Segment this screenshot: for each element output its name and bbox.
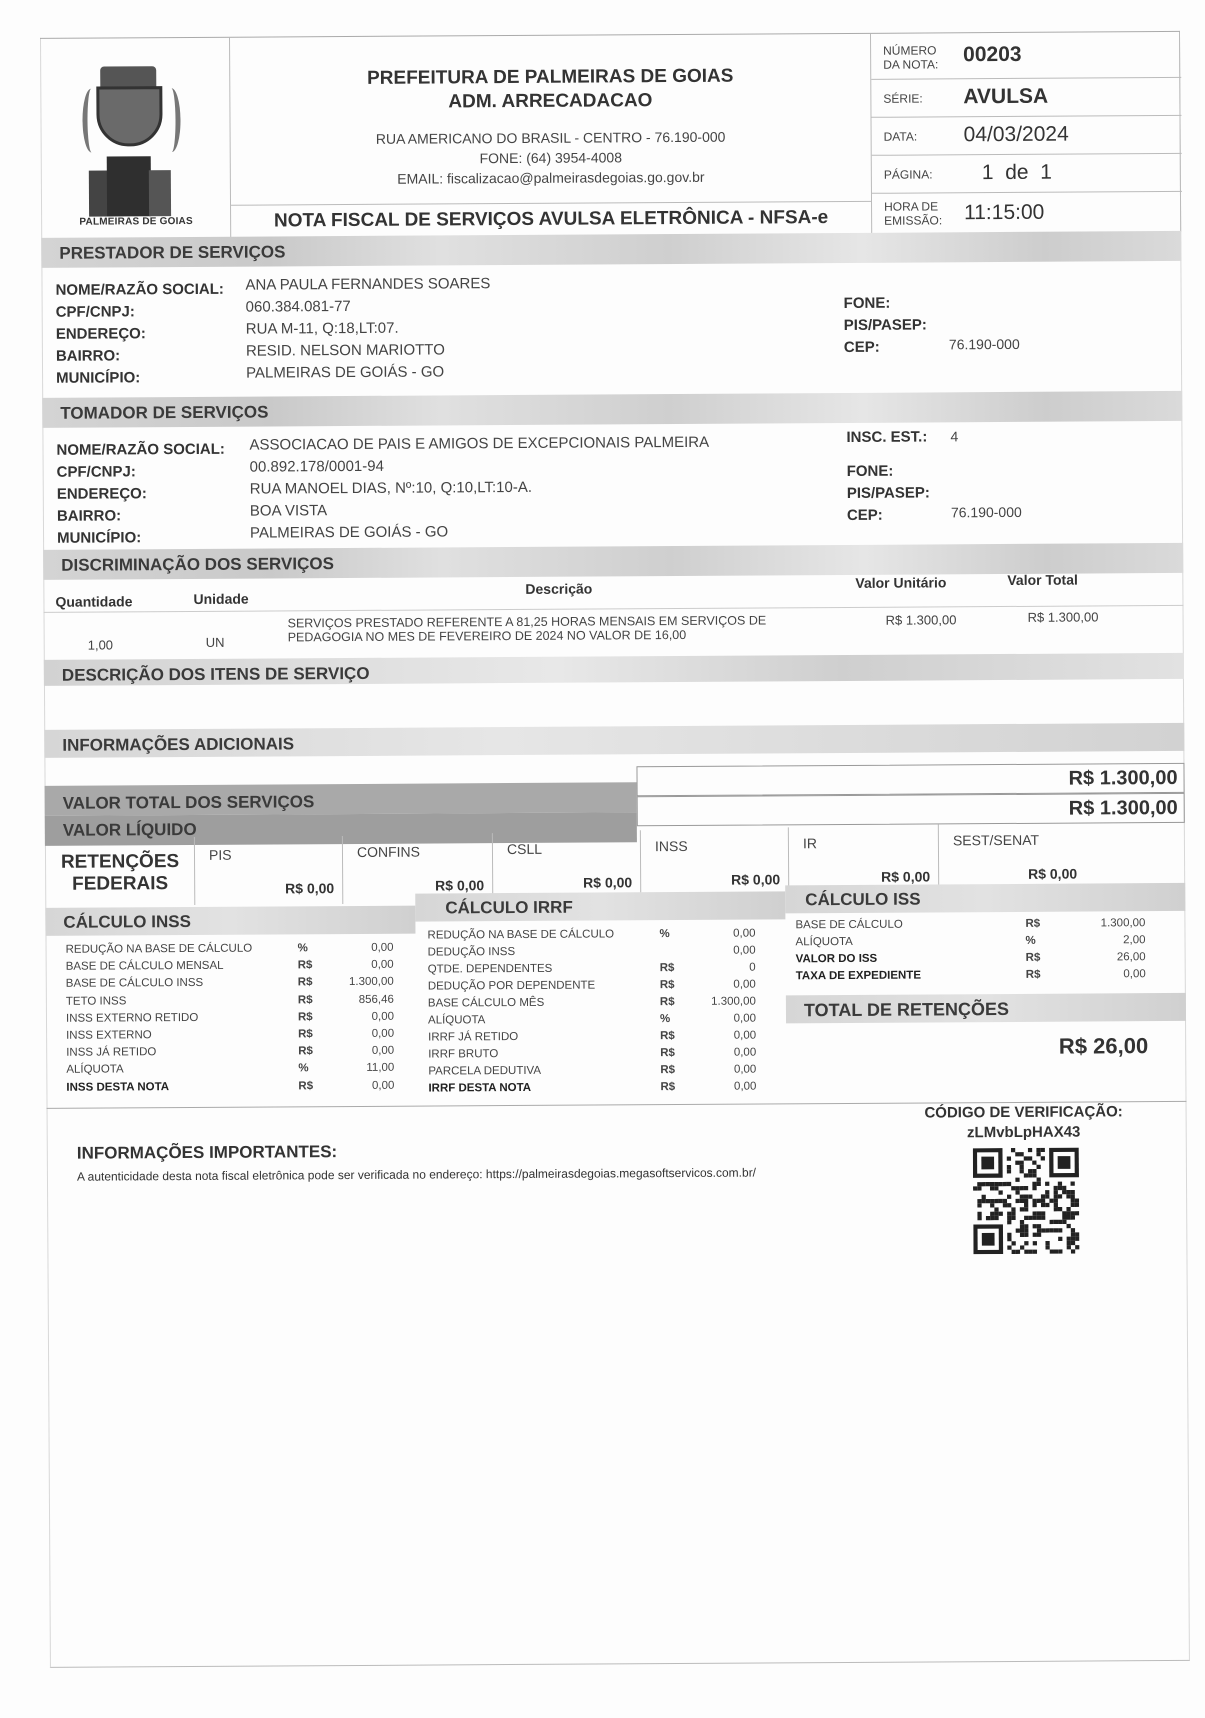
prestador-cpf: 060.384.081-77 xyxy=(246,298,351,316)
calc-row: ALÍQUOTA%0,00 xyxy=(428,1012,768,1031)
calc-row: REDUÇÃO NA BASE DE CÁLCULO%0,00 xyxy=(427,927,767,946)
calc-row: DEDUÇÃO POR DEPENDENTER$0,00 xyxy=(428,978,768,997)
total-retencoes-value: R$ 26,00 xyxy=(928,1033,1148,1060)
prestador-nome-label: NOME/RAZÃO SOCIAL: xyxy=(55,281,223,299)
valor-liquido-amount: R$ 1.300,00 xyxy=(637,793,1185,826)
tomador-cep-label: CEP: xyxy=(847,507,883,524)
invoice-number: 00203 xyxy=(963,43,1022,67)
tomador-pis-label: PIS/PASEP: xyxy=(847,484,930,502)
calc-label: REDUÇÃO NA BASE DE CÁLCULO xyxy=(66,943,253,956)
prestador-endereco: RUA M-11, Q:18,LT:07. xyxy=(246,320,399,338)
calc-value: 0,00 xyxy=(733,945,755,957)
service-valor-unitario: R$ 1.300,00 xyxy=(886,612,957,627)
tomador-insc-label: INSC. EST.: xyxy=(846,428,927,445)
organization-block: PREFEITURA DE PALMEIRAS DE GOIAS ADM. AR… xyxy=(230,34,871,206)
retencao-name: CSLL xyxy=(507,841,542,857)
retencao-value: R$ 0,00 xyxy=(285,880,334,896)
calc-row: INSS JÁ RETIDOR$0,00 xyxy=(66,1045,406,1064)
calc-unit: R$ xyxy=(660,996,675,1008)
tomador-insc: 4 xyxy=(950,428,958,444)
calc-label: IRRF DESTA NOTA xyxy=(428,1082,531,1095)
prestador-cpf-label: CPF/CNPJ: xyxy=(56,303,135,320)
calc-value: 0,00 xyxy=(733,979,755,991)
col-valor-unitario: Valor Unitário xyxy=(855,574,946,591)
tomador-cpf: 00.892.178/0001-94 xyxy=(250,458,384,476)
invoice-page: PALMEIRAS DE GOIAS PREFEITURA DE PALMEIR… xyxy=(22,31,1192,1673)
hora-label: HORA DEEMISSÃO: xyxy=(884,199,942,227)
org-department: ADM. ARRECADACAO xyxy=(230,88,870,116)
retencao-value: R$ 0,00 xyxy=(881,868,930,884)
calc-label: VALOR DO ISS xyxy=(796,953,878,965)
calc-row: BASE DE CÁLCULO INSSR$1.300,00 xyxy=(66,976,406,995)
organization-contact: RUA AMERICANO DO BRASIL - CENTRO - 76.19… xyxy=(231,126,871,190)
calc-unit: % xyxy=(298,942,308,954)
calc-value: 856,46 xyxy=(359,993,394,1005)
calc-unit: R$ xyxy=(660,962,675,974)
valor-total-amount: R$ 1.300,00 xyxy=(636,763,1184,796)
calc-row: ALÍQUOTA%11,00 xyxy=(66,1062,406,1081)
calc-unit: R$ xyxy=(298,1011,313,1023)
prestador-municipio: PALMEIRAS DE GOIÁS - GO xyxy=(246,363,444,381)
tomador-fone-label: FONE: xyxy=(847,463,894,480)
calc-unit: % xyxy=(659,928,669,940)
prestador-bairro: RESID. NELSON MARIOTTO xyxy=(246,341,445,359)
calc-label: ALÍQUOTA xyxy=(428,1014,485,1026)
calc-row: PARCELA DEDUTIVAR$0,00 xyxy=(428,1063,768,1082)
calc-value: 0,00 xyxy=(734,1047,756,1059)
calc-unit: R$ xyxy=(1026,969,1041,981)
retencoes-title: RETENÇÕESFEDERAIS xyxy=(45,837,195,906)
retencao-pis: PISR$ 0,00 xyxy=(195,836,343,905)
city-crest-icon xyxy=(82,66,189,217)
calc-value: 0,00 xyxy=(734,1013,756,1025)
calc-label: INSS DESTA NOTA xyxy=(66,1081,169,1094)
calc-label: INSS JÁ RETIDO xyxy=(66,1046,156,1059)
meta-serie: SÉRIE: AVULSA xyxy=(871,78,1181,118)
calc-unit: R$ xyxy=(660,979,675,991)
calc-label: DEDUÇÃO POR DEPENDENTE xyxy=(428,980,595,993)
calc-value: 1.300,00 xyxy=(711,996,756,1008)
calc-label: BASE DE CÁLCULO MENSAL xyxy=(66,960,224,973)
calc-unit: % xyxy=(1025,935,1035,947)
calc-value: 2,00 xyxy=(1123,934,1145,946)
issue-date: 04/03/2024 xyxy=(964,123,1069,148)
prestador-cep: 76.190-000 xyxy=(949,336,1020,352)
calc-value: 1.300,00 xyxy=(1101,917,1146,929)
calc-unit: R$ xyxy=(298,1028,313,1040)
calc-value: 0,00 xyxy=(372,1045,394,1057)
calculo-irrf-title: CÁLCULO IRRF xyxy=(415,891,785,921)
retencao-value: R$ 0,00 xyxy=(583,874,632,890)
service-unidade: UN xyxy=(206,635,225,650)
tomador-bairro: BOA VISTA xyxy=(250,502,327,519)
calc-unit: R$ xyxy=(298,977,313,989)
calc-label: BASE CÁLCULO MÊS xyxy=(428,997,544,1010)
calc-row: INSS EXTERNO RETIDOR$0,00 xyxy=(66,1010,406,1029)
data-label: DATA: xyxy=(884,130,918,144)
calc-value: 0,00 xyxy=(734,1081,756,1093)
serie-label: SÉRIE: xyxy=(883,91,922,105)
calc-label: QTDE. DEPENDENTES xyxy=(428,963,553,976)
tomador-endereco-label: ENDEREÇO: xyxy=(57,485,147,503)
calc-row: ALÍQUOTA%2,00 xyxy=(796,934,1146,953)
calc-value: 0,00 xyxy=(734,1030,756,1042)
calc-value: 0,00 xyxy=(734,1064,756,1076)
calc-value: 0 xyxy=(749,962,755,974)
calc-label: DEDUÇÃO INSS xyxy=(428,946,516,959)
calc-row: IRRF DESTA NOTAR$0,00 xyxy=(428,1080,768,1099)
calc-row: TAXA DE EXPEDIENTER$0,00 xyxy=(796,968,1146,987)
prestador-bairro-label: BAIRRO: xyxy=(56,347,120,364)
calc-unit: R$ xyxy=(660,1047,675,1059)
calc-label: BASE DE CÁLCULO xyxy=(795,919,902,932)
calc-unit: R$ xyxy=(298,1045,313,1057)
tomador-endereco: RUA MANOEL DIAS, Nº:10, Q:10,LT:10-A. xyxy=(250,479,532,498)
retencao-ir: IRR$ 0,00 xyxy=(789,824,939,893)
calc-label: ALÍQUOTA xyxy=(796,936,853,948)
retencao-confins: CONFINSR$ 0,00 xyxy=(343,833,493,902)
retencao-inss: INSSR$ 0,00 xyxy=(641,827,789,896)
calc-value: 26,00 xyxy=(1117,951,1146,963)
calc-unit: R$ xyxy=(298,959,313,971)
calc-value: 0,00 xyxy=(733,928,755,940)
retencao-value: R$ 0,00 xyxy=(1028,866,1077,882)
prestador-fone-label: FONE: xyxy=(844,295,891,312)
calc-unit: R$ xyxy=(298,1080,313,1092)
col-quantidade: Quantidade xyxy=(55,593,132,609)
calc-unit: R$ xyxy=(1025,918,1040,930)
calc-label: ALÍQUOTA xyxy=(66,1064,123,1076)
prestador-municipio-label: MUNICÍPIO: xyxy=(56,369,140,387)
calc-row: BASE CÁLCULO MÊSR$1.300,00 xyxy=(428,995,768,1014)
calc-label: TETO INSS xyxy=(66,995,127,1007)
retencao-name: IR xyxy=(803,835,817,851)
calc-label: INSS EXTERNO RETIDO xyxy=(66,1012,198,1025)
calc-unit: R$ xyxy=(660,1030,675,1042)
calc-value: 0,00 xyxy=(372,1011,394,1023)
calc-value: 0,00 xyxy=(372,1028,394,1040)
calc-value: 0,00 xyxy=(1123,968,1145,980)
tomador-bairro-label: BAIRRO: xyxy=(57,507,121,524)
calc-unit: R$ xyxy=(1026,952,1041,964)
page-number: 1 de 1 xyxy=(982,161,1052,185)
organization-title: PREFEITURA DE PALMEIRAS DE GOIAS ADM. AR… xyxy=(230,64,870,116)
calc-unit: R$ xyxy=(660,1064,675,1076)
org-email: EMAIL: fiscalizacao@palmeirasdegoias.go.… xyxy=(231,166,871,190)
issue-time: 11:15:00 xyxy=(964,201,1044,225)
col-unidade: Unidade xyxy=(193,591,248,607)
calc-value: 1.300,00 xyxy=(349,976,394,988)
calc-value: 0,00 xyxy=(372,1079,394,1091)
calc-unit: R$ xyxy=(298,994,313,1006)
tomador-nome: ASSOCIACAO DE PAIS E AMIGOS DE EXCEPCION… xyxy=(249,434,709,454)
calc-row: TETO INSSR$856,46 xyxy=(66,993,406,1012)
service-descricao-2: PEDAGOGIA NO MES DE FEVEREIRO DE 2024 NO… xyxy=(288,628,687,644)
calc-row: BASE DE CÁLCULOR$1.300,00 xyxy=(795,917,1145,936)
calc-label: IRRF BRUTO xyxy=(428,1048,498,1060)
verificacao-code: zLMvbLpHAX43 xyxy=(909,1123,1139,1141)
meta-pagina: PÁGINA: 1 de 1 xyxy=(872,154,1182,194)
col-valor-total: Valor Total xyxy=(1007,572,1078,588)
logo-cell: PALMEIRAS DE GOIAS xyxy=(40,38,231,239)
meta-data: DATA: 04/03/2024 xyxy=(872,116,1182,156)
calc-label: REDUÇÃO NA BASE DE CÁLCULO xyxy=(427,928,614,941)
document-title: NOTA FISCAL DE SERVIÇOS AVULSA ELETRÔNIC… xyxy=(231,202,871,238)
calc-row: INSS DESTA NOTAR$0,00 xyxy=(66,1079,406,1098)
retencao-name: PIS xyxy=(209,847,232,863)
calc-value: 0,00 xyxy=(371,959,393,971)
calc-unit: % xyxy=(298,1063,308,1075)
verificacao-label: CÓDIGO DE VERIFICAÇÃO: xyxy=(909,1103,1139,1121)
calc-row: BASE DE CÁLCULO MENSALR$0,00 xyxy=(66,959,406,978)
calc-label: BASE DE CÁLCULO INSS xyxy=(66,977,203,990)
valor-total-label: VALOR TOTAL DOS SERVIÇOS xyxy=(45,782,637,816)
logo-text: PALMEIRAS DE GOIAS xyxy=(41,216,231,228)
qr-code-icon[interactable] xyxy=(973,1148,1080,1255)
tomador-cpf-label: CPF/CNPJ: xyxy=(57,463,136,480)
calc-row: VALOR DO ISSR$26,00 xyxy=(796,951,1146,970)
calc-label: INSS EXTERNO xyxy=(66,1029,152,1042)
col-descricao: Descrição xyxy=(525,581,592,597)
numero-label: NÚMERODA NOTA: xyxy=(883,43,938,71)
calc-unit: R$ xyxy=(660,1081,675,1093)
calculo-inss-title: CÁLCULO INSS xyxy=(45,906,415,936)
prestador-pis-label: PIS/PASEP: xyxy=(844,316,927,334)
calc-value: 11,00 xyxy=(366,1062,394,1074)
tomador-nome-label: NOME/RAZÃO SOCIAL: xyxy=(56,441,224,459)
service-valor-total: R$ 1.300,00 xyxy=(1028,609,1099,624)
tomador-municipio: PALMEIRAS DE GOIÁS - GO xyxy=(250,523,448,541)
tomador-municipio-label: MUNICÍPIO: xyxy=(57,529,141,547)
service-quantidade: 1,00 xyxy=(88,637,113,652)
calc-label: IRRF JÁ RETIDO xyxy=(428,1031,518,1044)
retencao-sest-senat: SEST/SENATR$ 0,00 xyxy=(939,822,1085,891)
calc-label: TAXA DE EXPEDIENTE xyxy=(796,970,921,983)
meta-numero: NÚMERODA NOTA: 00203 xyxy=(871,32,1181,80)
calc-row: QTDE. DEPENDENTESR$0 xyxy=(428,961,768,980)
retencao-name: INSS xyxy=(655,838,688,854)
retencao-name: SEST/SENAT xyxy=(953,832,1039,849)
invoice-meta: NÚMERODA NOTA: 00203 SÉRIE: AVULSA DATA:… xyxy=(870,32,1181,234)
calc-label: PARCELA DEDUTIVA xyxy=(428,1065,541,1078)
retencao-csll: CSLLR$ 0,00 xyxy=(493,830,641,899)
calc-row: INSS EXTERNOR$0,00 xyxy=(66,1028,406,1047)
calc-value: 0,00 xyxy=(371,942,393,954)
total-retencoes-title: TOTAL DE RETENÇÕES xyxy=(786,993,1186,1023)
calc-row: IRRF BRUTOR$0,00 xyxy=(428,1046,768,1065)
calc-row: REDUÇÃO NA BASE DE CÁLCULO%0,00 xyxy=(66,942,406,961)
pagina-label: PÁGINA: xyxy=(884,167,933,181)
retencao-value: R$ 0,00 xyxy=(731,871,780,887)
service-descricao-1: SERVIÇOS PRESTADO REFERENTE A 81,25 HORA… xyxy=(288,613,767,630)
calc-row: IRRF JÁ RETIDOR$0,00 xyxy=(428,1029,768,1048)
importantes-title: INFORMAÇÕES IMPORTANTES: xyxy=(77,1142,337,1164)
retencao-name: CONFINS xyxy=(357,844,420,860)
calc-row: DEDUÇÃO INSS0,00 xyxy=(428,944,768,963)
calc-unit: % xyxy=(660,1013,670,1025)
serie-value: AVULSA xyxy=(963,85,1048,110)
retencao-value: R$ 0,00 xyxy=(435,877,484,893)
prestador-endereco-label: ENDEREÇO: xyxy=(56,325,146,343)
calculo-iss-title: CÁLCULO ISS xyxy=(785,883,1185,913)
prestador-cep-label: CEP: xyxy=(844,339,880,356)
invoice-header: PALMEIRAS DE GOIAS PREFEITURA DE PALMEIR… xyxy=(40,31,1181,238)
tomador-cep: 76.190-000 xyxy=(951,504,1022,520)
meta-hora: HORA DEEMISSÃO: 11:15:00 xyxy=(872,192,1182,234)
prestador-nome: ANA PAULA FERNANDES SOARES xyxy=(245,275,490,293)
